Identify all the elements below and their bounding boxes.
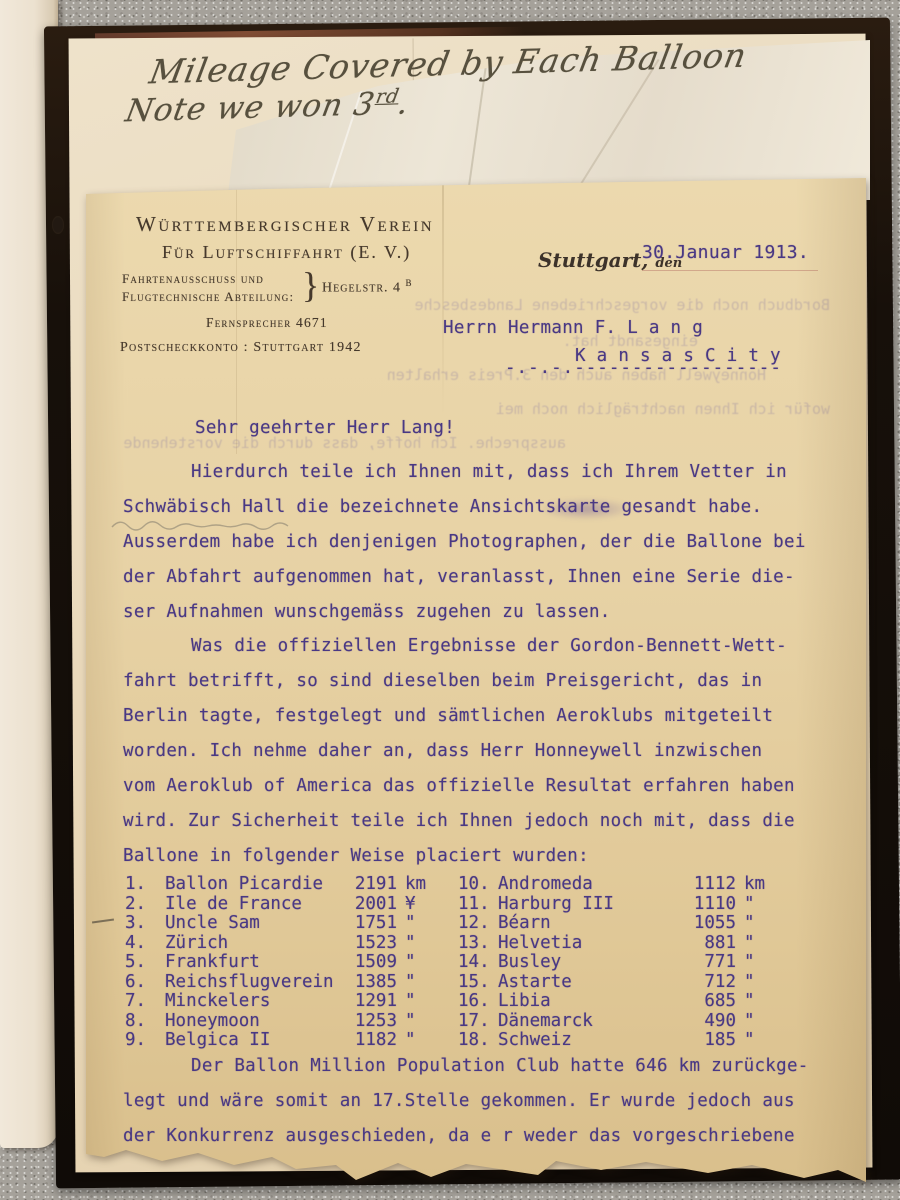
distance: 1509 xyxy=(341,952,397,972)
rank: 9. xyxy=(125,1030,146,1050)
distance: 685 xyxy=(676,991,736,1011)
body-line: der Abfahrt aufgenommen hat, veranlasst,… xyxy=(123,567,806,602)
date-underline xyxy=(642,270,818,271)
rank: 3. xyxy=(125,913,146,933)
distance: 1385 xyxy=(341,972,397,992)
unit: " xyxy=(405,972,416,992)
body-line: wird. Zur Sicherheit teile ich Ihnen jed… xyxy=(123,811,795,846)
street-text: Hegelstr. 4 xyxy=(322,281,401,296)
table-row: 2.Ile de France2001¥ 11.Harburg III1110" xyxy=(86,894,866,914)
balloon-name: Astarte xyxy=(498,972,572,992)
balloon-name: Frankfurt xyxy=(165,952,260,972)
paragraph-3: Der Ballon Million Population Club hatte… xyxy=(123,1056,809,1161)
balloon-name: Belgica II xyxy=(165,1030,270,1050)
distance: 712 xyxy=(676,972,736,992)
balloon-name: Schweiz xyxy=(498,1030,572,1050)
letterhead-department-line1: Fahrtenausschuss und xyxy=(122,271,264,287)
table-row: 3.Uncle Sam1751" 12.Béarn1055" xyxy=(86,913,866,933)
rank: 1. xyxy=(125,874,146,894)
unit: " xyxy=(744,972,755,992)
rank: 7. xyxy=(125,991,146,1011)
distance: 1055 xyxy=(676,913,736,933)
unit: " xyxy=(405,1011,416,1031)
body-line: vom Aeroklub of America das offizielle R… xyxy=(123,776,795,811)
distance: 1112 xyxy=(676,874,736,894)
distance: 490 xyxy=(676,1011,736,1031)
rank: 13. xyxy=(458,933,490,953)
balloon-name: Uncle Sam xyxy=(165,913,260,933)
unit: " xyxy=(744,913,755,933)
letterhead-organization-line2: Für Luftschiffahrt (E. V.) xyxy=(162,242,411,263)
table-row: 7.Minckelers1291" 16.Libia685" xyxy=(86,991,866,1011)
distance: 1182 xyxy=(341,1030,397,1050)
balloon-name: Dänemarck xyxy=(498,1011,593,1031)
rank: 17. xyxy=(458,1011,490,1031)
table-row: 8.Honeymoon1253" 17.Dänemarck490" xyxy=(86,1011,866,1031)
rank: 11. xyxy=(458,894,490,914)
rank: 2. xyxy=(125,894,146,914)
balloon-name: Ile de France xyxy=(165,894,302,914)
recipient-underline: -.-.-.------------------ xyxy=(505,358,782,378)
rank: 4. xyxy=(125,933,146,953)
body-line: Ausserdem habe ich denjenigen Photograph… xyxy=(123,532,806,567)
body-line: worden. Ich nehme daher an, dass Herr Ho… xyxy=(123,741,795,776)
rank: 5. xyxy=(125,952,146,972)
unit: km xyxy=(744,874,765,894)
unit: " xyxy=(744,991,755,1011)
unit: " xyxy=(744,894,755,914)
rank: 18. xyxy=(458,1030,490,1050)
balloon-name: Minckelers xyxy=(165,991,270,1011)
distance: 2191 xyxy=(341,874,397,894)
unit: " xyxy=(405,952,416,972)
distance: 1751 xyxy=(341,913,397,933)
distance: 771 xyxy=(676,952,736,972)
letterhead-department-line2: Flugtechnische Abteilung: xyxy=(122,289,294,305)
balloon-name: Harburg III xyxy=(498,894,614,914)
body-line: legt und wäre somit an 17.Stelle gekomme… xyxy=(123,1091,809,1126)
unit: " xyxy=(744,952,755,972)
body-line: der Konkurrenz ausgeschieden, da e r wed… xyxy=(123,1126,809,1161)
distance: 185 xyxy=(676,1030,736,1050)
handwritten-note-line2-text: Note we won 3 xyxy=(123,86,378,129)
letter-wrapper: Bordbuch noch die vorgeschriebene Landes… xyxy=(86,176,866,1186)
unit: km xyxy=(405,874,426,894)
distance: 1253 xyxy=(341,1011,397,1031)
unit: " xyxy=(405,933,416,953)
unit: " xyxy=(744,1011,755,1031)
distance: 2001 xyxy=(341,894,397,914)
balloon-name: Zürich xyxy=(165,933,228,953)
letterhead-organization-line1: Württembergischer Verein xyxy=(136,212,434,237)
letterhead-postal-account: Postscheckkonto : Stuttgart 1942 xyxy=(120,340,362,356)
balloon-name: Busley xyxy=(498,952,561,972)
table-row: 1.Ballon Picardie2191km 10.Andromeda1112… xyxy=(86,874,866,894)
paragraph-1: Hierdurch teile ich Ihnen mit, dass ich … xyxy=(123,462,806,637)
balloon-results-table: 1.Ballon Picardie2191km 10.Andromeda1112… xyxy=(86,874,866,1050)
rank: 12. xyxy=(458,913,490,933)
unit: " xyxy=(744,1030,755,1050)
rank: 15. xyxy=(458,972,490,992)
body-line: Hierdurch teile ich Ihnen mit, dass ich … xyxy=(123,462,806,497)
rank: 10. xyxy=(458,874,490,894)
body-line: Schwäbisch Hall die bezeichnete Ansichts… xyxy=(123,497,806,532)
bleedthrough-line: Bordbuch noch die vorgeschriebene Landes… xyxy=(415,296,830,314)
rank: 14. xyxy=(458,952,490,972)
recipient-name: Herrn Hermann F. L a n g xyxy=(443,318,703,338)
distance: 1523 xyxy=(341,933,397,953)
balloon-name: Reichsflugverein xyxy=(165,972,334,992)
dateline-date: 30.Januar 1913. xyxy=(642,242,809,263)
letterhead-brace: } xyxy=(302,264,319,306)
street-suffix: B xyxy=(406,278,413,288)
photo-of-archival-letter: Mileage Covered by Each Balloon Note we … xyxy=(0,0,900,1200)
typewritten-letter: Bordbuch noch die vorgeschriebene Landes… xyxy=(86,176,866,1186)
body-line: Was die offiziellen Ergebnisse der Gordo… xyxy=(123,636,795,671)
distance: 881 xyxy=(676,933,736,953)
rank: 16. xyxy=(458,991,490,1011)
body-line: ser Aufnahmen wunschgemäss zugehen zu la… xyxy=(123,602,806,637)
body-line: Der Ballon Million Population Club hatte… xyxy=(123,1056,809,1091)
body-line: fahrt betrifft, so sind dieselben beim P… xyxy=(123,671,795,706)
letterhead-phone: Fernsprecher 4671 xyxy=(206,315,328,331)
table-row: 6.Reichsflugverein1385" 15.Astarte712" xyxy=(86,972,866,992)
balloon-name: Helvetia xyxy=(498,933,582,953)
letterhead-street-address: Hegelstr. 4 B xyxy=(322,278,413,297)
table-row: 4.Zürich1523" 13.Helvetia881" xyxy=(86,933,866,953)
rank: 6. xyxy=(125,972,146,992)
balloon-name: Libia xyxy=(498,991,551,1011)
unit: " xyxy=(744,933,755,953)
unit: " xyxy=(405,913,416,933)
body-line: Berlin tagte, festgelegt und sämtlichen … xyxy=(123,706,795,741)
balloon-name: Béarn xyxy=(498,913,551,933)
salutation: Sehr geehrter Herr Lang! xyxy=(195,418,455,438)
table-row: 9.Belgica II1182" 18.Schweiz185" xyxy=(86,1030,866,1050)
paragraph-2: Was die offiziellen Ergebnisse der Gordo… xyxy=(123,636,795,881)
balloon-name: Andromeda xyxy=(498,874,593,894)
distance: 1291 xyxy=(341,991,397,1011)
dateline-place-text: Stuttgart, xyxy=(538,248,648,272)
table-row: 5.Frankfurt1509" 14.Busley771" xyxy=(86,952,866,972)
rank: 8. xyxy=(125,1011,146,1031)
balloon-name: Ballon Picardie xyxy=(165,874,323,894)
balloon-name: Honeymoon xyxy=(165,1011,260,1031)
unit: " xyxy=(405,1030,416,1050)
punch-hole xyxy=(52,216,64,234)
unit: ¥ xyxy=(405,894,416,914)
unit: " xyxy=(405,991,416,1011)
distance: 1110 xyxy=(676,894,736,914)
bleedthrough-line: wofür ich Ihnen nachträglich noch mei xyxy=(496,400,830,418)
